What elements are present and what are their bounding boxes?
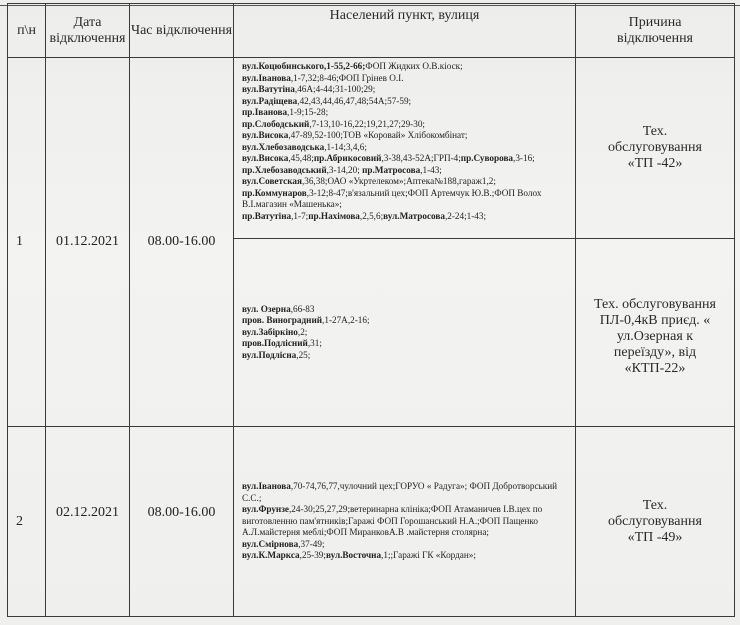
header-streets: Населений пункт, вулиця xyxy=(234,4,576,58)
street-entry: вул.Хлебозаводська,1-14;3,4,6; xyxy=(242,142,571,154)
street-entry: вул.Коцюбинського,1-55,2-66;ФОП Жидких О… xyxy=(242,61,571,73)
scanned-document-page: п\н Дата відключення Час відключення Нас… xyxy=(0,0,740,625)
street-entry: пр.Хлебозаводський,3-14,20; пр.Матросова… xyxy=(242,165,571,177)
header-number: п\н xyxy=(8,4,46,58)
street-name: вул.Советская xyxy=(242,176,302,186)
street-name: вул.Восточна xyxy=(326,550,381,560)
street-name: вул.Ватутіна xyxy=(242,84,295,94)
reason-text: Тех. обслуговування «ТП -42» xyxy=(582,124,728,172)
street-entry: вул.Фрунзе,24-30;25,27,29;ветеринарна кл… xyxy=(242,504,571,539)
street-entry: вул.Іванова,1-7,32;8-46;ФОП Грінев О.І. xyxy=(242,73,571,85)
street-name: вул.Висока xyxy=(242,130,288,140)
street-name: пр.Суворова xyxy=(461,153,513,163)
street-entry: вул.Забіркіно,2; xyxy=(242,327,571,339)
street-entry: пров. Виноградний,1-27А,2-16; xyxy=(242,315,571,327)
streets-list: вул. Озерна,66-83пров. Виноградний,1-27А… xyxy=(234,239,576,427)
street-name: вул.Іванова xyxy=(242,73,291,83)
street-entry: пр.Коммунаров,3-12;8-47;в'язальний цех;Ф… xyxy=(242,188,571,211)
street-name: вул.К.Маркса xyxy=(242,550,300,560)
street-entry: вул.К.Маркса,25-39;вул.Восточна,1;;Гараж… xyxy=(242,550,571,562)
street-name: пр.Коммунаров xyxy=(242,188,307,198)
table-header-row: п\н Дата відключення Час відключення Нас… xyxy=(8,4,735,58)
outage-date: 02.12.2021 xyxy=(46,427,130,617)
street-entry: пр.Слободський,7-13,10-16,22;19,21,27;29… xyxy=(242,119,571,131)
streets-list: вул.Коцюбинського,1-55,2-66;ФОП Жидких О… xyxy=(234,58,576,239)
street-name: пров.Подлісний xyxy=(242,338,308,348)
street-entry: вул.Іванова,70-74,76,77,чулочний цех;ГОР… xyxy=(242,481,571,504)
street-name: пров. Виноградний xyxy=(242,315,322,325)
street-name: вул.Фрунзе xyxy=(242,504,289,514)
street-entry: вул. Озерна,66-83 xyxy=(242,304,571,316)
street-name: вул.Іванова xyxy=(242,481,291,491)
street-name: вул.Коцюбинського,1-55,2-66; xyxy=(242,61,365,71)
reason-text: Тех. обслуговування «ТП -49» xyxy=(582,498,728,546)
table-row: 1 01.12.2021 08.00-16.00 вул.Коцюбинсько… xyxy=(8,58,735,239)
row-number: 2 xyxy=(8,427,46,617)
outage-time: 08.00-16.00 xyxy=(130,427,234,617)
reason-text: Тех. обслуговування ПЛ-0,4кВ приєд. « ул… xyxy=(582,297,728,377)
street-name: пр.Хлебозаводський xyxy=(242,165,327,175)
street-name: пр.Абрикосовий xyxy=(314,153,382,163)
street-name: пр.Слободський xyxy=(242,119,309,129)
outage-reason: Тех. обслуговування «ТП -49» xyxy=(576,427,735,617)
street-name: пр.Іванова xyxy=(242,107,287,117)
street-name: вул.Забіркіно xyxy=(242,327,298,337)
street-name: вул.Подлісна xyxy=(242,350,296,360)
street-entry: пров.Подлісний,31; xyxy=(242,338,571,350)
street-name: пр.Матросова xyxy=(362,165,420,175)
street-name: вул. Озерна xyxy=(242,304,291,314)
street-name: вул.Матросова xyxy=(383,211,445,221)
street-entry: вул.Висока,47-89,52-100;ТОВ «Коровай» Хл… xyxy=(242,130,571,142)
table-row: 2 02.12.2021 08.00-16.00 вул.Іванова,70-… xyxy=(8,427,735,617)
header-reason: Причина відключення xyxy=(576,4,735,58)
street-name: пр.Нахімова xyxy=(308,211,360,221)
street-entry: вул.Подлісна,25; xyxy=(242,350,571,362)
street-name: вул.Висока xyxy=(242,153,288,163)
street-entry: вул.Радіщева,42,43,44,46,47,48;54А;57-59… xyxy=(242,96,571,108)
outage-reason: Тех. обслуговування «ТП -42» xyxy=(576,58,735,239)
street-name: пр.Ватутіна xyxy=(242,211,291,221)
street-entry: вул.Смірнова,37-49; xyxy=(242,539,571,551)
street-name: вул.Смірнова xyxy=(242,539,298,549)
street-name: вул.Хлебозаводська xyxy=(242,142,324,152)
street-entry: вул.Советская,36,38;ОАО «Укртелеком»;Апт… xyxy=(242,176,571,188)
header-time: Час відключення xyxy=(130,4,234,58)
header-date: Дата відключення xyxy=(46,4,130,58)
street-name: вул.Радіщева xyxy=(242,96,297,106)
street-entry: вул.Ватутіна,46А;4-44;31-100;29; xyxy=(242,84,571,96)
outage-time: 08.00-16.00 xyxy=(130,58,234,427)
street-entry: вул.Висока,45,48;пр.Абрикосовий,3-38,43-… xyxy=(242,153,571,165)
streets-list: вул.Іванова,70-74,76,77,чулочний цех;ГОР… xyxy=(234,427,576,617)
outage-reason: Тех. обслуговування ПЛ-0,4кВ приєд. « ул… xyxy=(576,239,735,427)
power-outage-table: п\н Дата відключення Час відключення Нас… xyxy=(7,3,735,617)
row-number: 1 xyxy=(8,58,46,427)
outage-date: 01.12.2021 xyxy=(46,58,130,427)
street-entry: пр.Іванова,1-9;15-28; xyxy=(242,107,571,119)
street-entry: пр.Ватутіна,1-7;пр.Нахімова,2,5,6;вул.Ма… xyxy=(242,211,571,223)
